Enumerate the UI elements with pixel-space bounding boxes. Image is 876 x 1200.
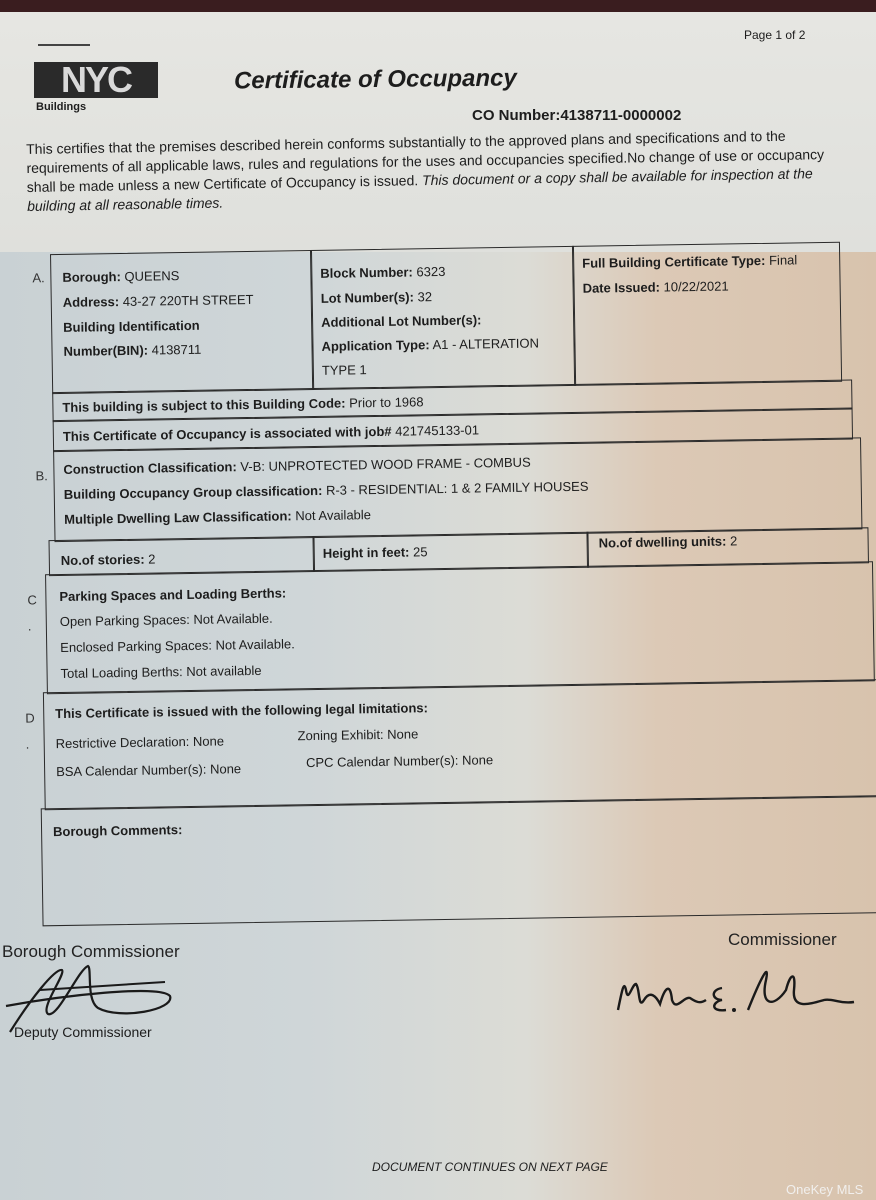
section-letter-c: C <box>27 592 37 607</box>
stories-field: No.of stories: 2 <box>61 552 156 568</box>
additional-lot-field: Additional Lot Number(s): <box>321 312 482 330</box>
section-letter-b: B. <box>35 468 48 483</box>
section-letter-d: D <box>25 710 35 725</box>
borough-comments-box <box>41 795 876 926</box>
date-issued-field: Date Issued: 10/22/2021 <box>583 278 729 295</box>
bin-field: Number(BIN): 4138711 <box>63 342 201 359</box>
address-field: Address: 43-27 220TH STREET <box>63 292 254 310</box>
dwelling-units-field: No.of dwelling units: 2 <box>599 533 738 550</box>
deputy-commissioner-label: Deputy Commissioner <box>14 1024 152 1040</box>
cpc-calendar-field: CPC Calendar Number(s): None <box>306 752 493 770</box>
borough-comments-label: Borough Comments: <box>53 822 183 839</box>
restrictive-declaration-field: Restrictive Declaration: None <box>56 733 225 751</box>
continues-notice: DOCUMENT CONTINUES ON NEXT PAGE <box>372 1160 608 1174</box>
bsa-calendar-field: BSA Calendar Number(s): None <box>56 761 241 779</box>
height-field: Height in feet: 25 <box>323 544 428 561</box>
commissioner-label: Commissioner <box>728 930 837 950</box>
loading-berths-field: Total Loading Berths: Not available <box>60 663 261 681</box>
application-type-continued: TYPE 1 <box>322 362 367 378</box>
section-letter-d-dot: . <box>26 737 30 752</box>
watermark: OneKey MLS <box>786 1182 863 1197</box>
bin-label: Building Identification <box>63 318 200 335</box>
commissioner-signature-icon <box>610 960 860 1030</box>
block-field: Block Number: 6323 <box>320 264 445 281</box>
section-letter-c-dot: . <box>28 618 32 633</box>
borough-field: Borough: QUEENS <box>62 268 179 285</box>
zoning-exhibit-field: Zoning Exhibit: None <box>297 726 418 743</box>
section-letter-a: A. <box>32 270 45 285</box>
lot-field: Lot Number(s): 32 <box>321 289 432 306</box>
borough-commissioner-label: Borough Commissioner <box>2 942 180 962</box>
